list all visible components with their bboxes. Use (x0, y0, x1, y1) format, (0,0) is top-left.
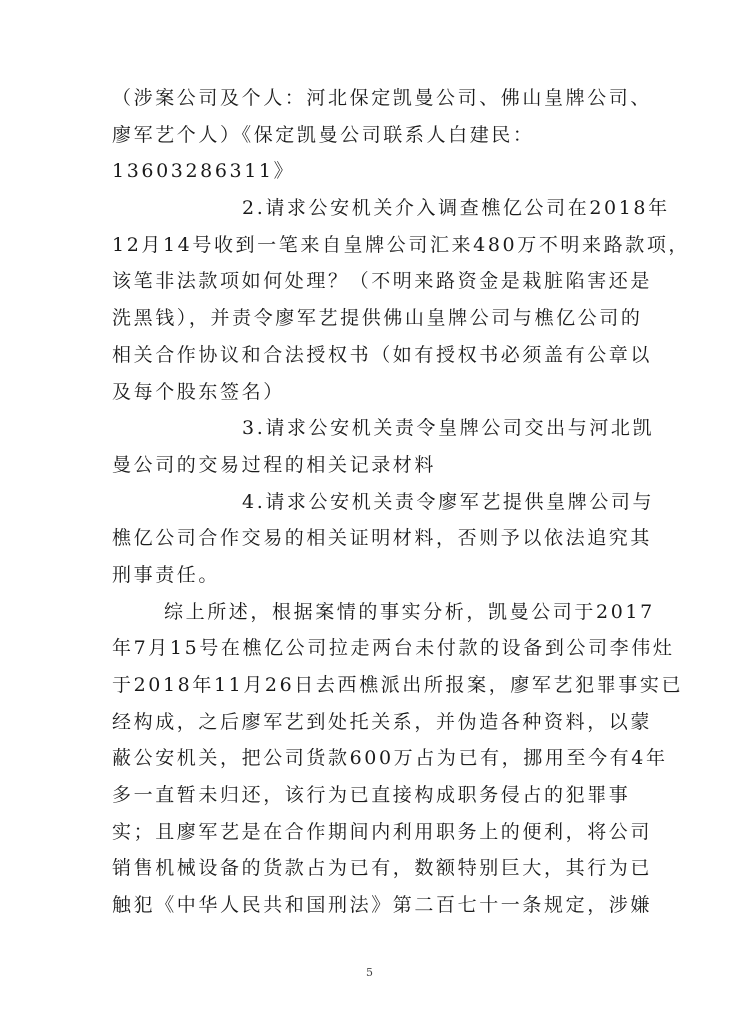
text-line: 相关合作协议和合法授权书（如有授权书必须盖有公章以 (112, 337, 632, 374)
page-number: 5 (0, 966, 739, 979)
summary-paragraph-start: 综上所述，根据案情的事实分析，凯曼公司于2017 (112, 594, 632, 631)
text-line: 于2018年11月26日去西樵派出所报案，廖军艺犯罪事实已 (112, 667, 632, 704)
text-line: 12月14号收到一笔来自皇牌公司汇来480万不明来路款项， (112, 227, 632, 264)
document-page: （涉案公司及个人：河北保定凯曼公司、佛山皇牌公司、 廖军艺个人）《保定凯曼公司联… (0, 0, 739, 1024)
text-line: （涉案公司及个人：河北保定凯曼公司、佛山皇牌公司、 (112, 80, 632, 117)
text-line: 销售机械设备的货款占为已有，数额特别巨大，其行为已 (112, 850, 632, 887)
text-line: 樵亿公司合作交易的相关证明材料，否则予以依法追究其 (112, 520, 632, 557)
text-line: 蔽公安机关，把公司货款600万占为已有，挪用至今有4年 (112, 740, 632, 777)
text-line: 13603286311》 (112, 153, 632, 190)
text-line: 该笔非法款项如何处理？（不明来路资金是栽脏陷害还是 (112, 263, 632, 300)
text-line: 及每个股东签名） (112, 374, 632, 411)
text-line: 洗黑钱），并责令廖军艺提供佛山皇牌公司与樵亿公司的 (112, 300, 632, 337)
text-line: 廖军艺个人）《保定凯曼公司联系人白建民： (112, 117, 632, 154)
document-body: （涉案公司及个人：河北保定凯曼公司、佛山皇牌公司、 廖军艺个人）《保定凯曼公司联… (112, 80, 632, 924)
request-item-3: 3.请求公安机关责令皇牌公司交出与河北凯 (112, 410, 632, 447)
text-line: 经构成，之后廖军艺到处托关系，并伪造各种资料，以蒙 (112, 704, 632, 741)
text-line: 曼公司的交易过程的相关记录材料 (112, 447, 632, 484)
text-line: 实；且廖军艺是在合作期间内利用职务上的便利，将公司 (112, 814, 632, 851)
text-line: 触犯《中华人民共和国刑法》第二百七十一条规定，涉嫌 (112, 887, 632, 924)
text-line: 多一直暂未归还，该行为已直接构成职务侵占的犯罪事 (112, 777, 632, 814)
request-item-2: 2.请求公安机关介入调查樵亿公司在2018年 (112, 190, 632, 227)
text-line: 刑事责任。 (112, 557, 632, 594)
text-line: 年7月15号在樵亿公司拉走两台未付款的设备到公司李伟灶 (112, 630, 632, 667)
request-item-4: 4.请求公安机关责令廖军艺提供皇牌公司与 (112, 484, 632, 521)
